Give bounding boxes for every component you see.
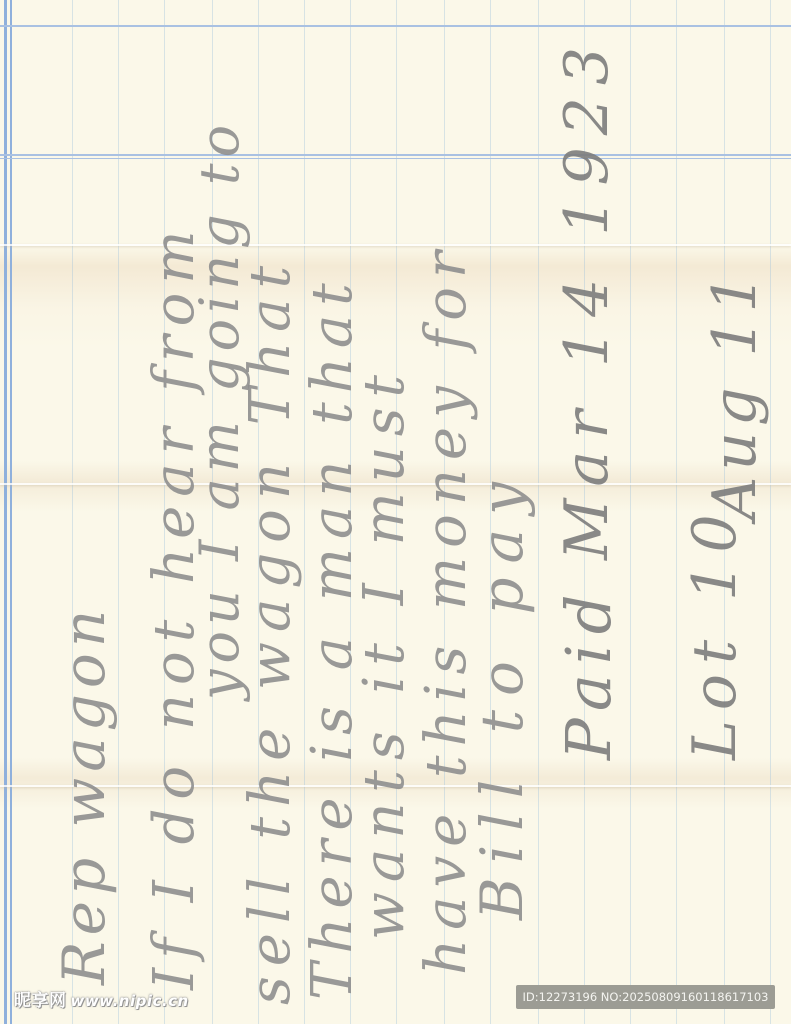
image-id-badge: ID:12273196 NO:20250809160118617103 [516, 985, 775, 1009]
header-rule [0, 158, 791, 159]
site-watermark: 昵享网www.nipic.cn [14, 986, 189, 1011]
header-rule [0, 154, 791, 156]
paid-annotation: Paid [552, 585, 625, 760]
header-rule [0, 25, 791, 27]
handwriting-line: Bill to pay [468, 468, 536, 920]
handwriting-line: Rep wagon [50, 604, 118, 985]
date-annotation: Mar 14 1923 [552, 35, 622, 560]
fold-crease [0, 244, 791, 246]
handwriting-line: wants it I must [352, 365, 417, 940]
lot-annotation: Lot 10 [680, 505, 750, 761]
aug-annotation: Aug 11 [700, 268, 770, 520]
site-url: www.nipic.cn [71, 992, 189, 1010]
handwriting-line: sell the wagon That [238, 256, 303, 1005]
site-name: 昵享网 [14, 991, 67, 1011]
